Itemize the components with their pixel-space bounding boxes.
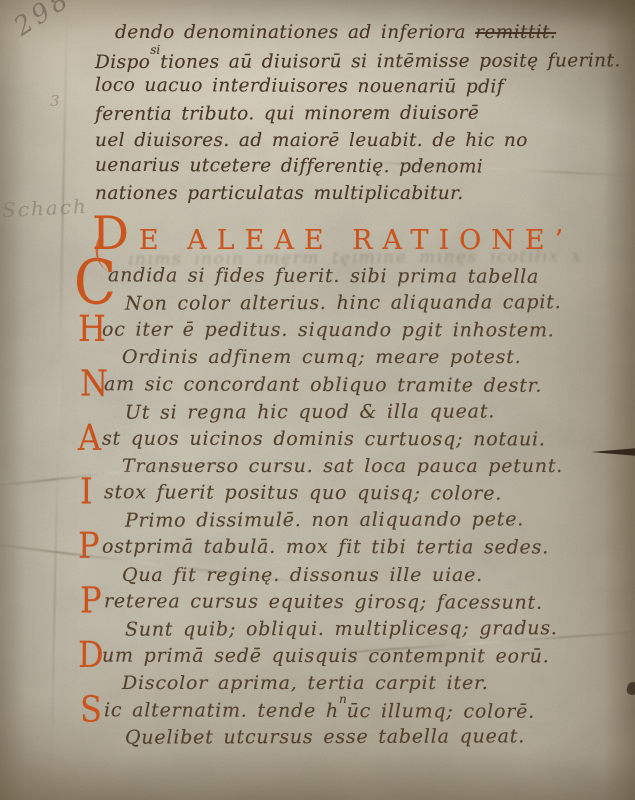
poem-line: Preterea cursus equites girosq; facessun…: [80, 590, 563, 619]
poem-line: Candida si fides fuerit. sibi prima tabe…: [80, 264, 563, 293]
poem-line: Nam sic concordant obliquo tramite destr…: [80, 373, 563, 402]
rubricated-initial: H: [78, 319, 102, 339]
poem-line: Hoc iter ē peditus. siquando pgit inhost…: [78, 319, 561, 347]
poem-line: Postprimā tabulā. mox fit tibi tertia se…: [78, 536, 561, 564]
rubricated-initial: P: [80, 590, 104, 610]
poem-block: Candida si fides fuerit. sibi prima tabe…: [80, 265, 563, 754]
prose-line: Dispositiones aū diuisorū si intēmisse p…: [95, 48, 635, 77]
parchment-crease-vertical: [50, 10, 68, 780]
poem-line-text: Discolor aprima, tertia carpit iter.: [80, 672, 489, 694]
rubricated-initial: A: [78, 427, 102, 447]
prose-line: uel diuisores. ad maiorē leuabit. de hic…: [95, 130, 635, 157]
parchment-nick: [625, 681, 635, 697]
poem-line-text: Quelibet utcursus esse tabella queat.: [83, 726, 525, 750]
poem-line-text: ostprimā tabulā. mox fit tibi tertia sed…: [102, 536, 549, 559]
rubricated-initial: S: [80, 700, 104, 720]
poem-line: Non color alterius. hinc aliquanda capit…: [83, 291, 566, 320]
poem-line-text: Transuerso cursu. sat loca pauca petunt.: [80, 455, 563, 477]
margin-pencil-note: Schach: [1, 194, 88, 222]
poem-line: Ut si regna hic quod & illa queat.: [83, 400, 566, 429]
prose-line: uenarius utcetere differentię. pdenomi: [95, 155, 635, 184]
quire-mark: 3: [50, 92, 60, 110]
parchment-tear: [591, 447, 635, 457]
prose-paragraph: dendo denominationes ad inferiora remitt…: [95, 22, 635, 210]
poem-line-text: am sic concordant obliquo tramite destr.: [104, 373, 542, 397]
poem-line-text: oc iter ē peditus. siquando pgit inhoste…: [102, 319, 555, 342]
poem-line-text: stox fuerit positus quo quisq; colore.: [104, 481, 502, 504]
poem-line-text: um primā sedē quisquis contempnit eorū.: [102, 645, 550, 668]
struck-word: remittit.: [475, 22, 556, 43]
poem-line: Istox fuerit positus quo quisq; colore.: [80, 481, 563, 510]
rubricated-initial: P: [78, 536, 102, 556]
poem-line: Dum primā sedē quisquis contempnit eorū.: [78, 645, 561, 673]
prose-line: dendo denominationes ad inferiora remitt…: [115, 22, 635, 49]
poem-line-text: st quos uicinos dominis curtuosq; notaui…: [102, 427, 546, 450]
poem-line-text: reterea cursus equites girosq; facessunt…: [104, 590, 543, 614]
poem-line-text: Primo dissimulē. non aliquando pete.: [83, 509, 524, 533]
poem-line: Qua fit reginę. dissonus ille uiae.: [80, 564, 563, 591]
prose-line: loco uacuo interdiuisores nouenariū pdif: [95, 75, 635, 104]
poem-line-text: Qua fit reginę. dissonus ille uiae.: [80, 564, 483, 586]
interlinear-insertion: n: [339, 692, 347, 706]
poem-line: Ast quos uicinos dominis curtuosq; notau…: [78, 427, 561, 455]
poem-line-text: Ut si regna hic quod & illa queat.: [83, 400, 495, 423]
interlinear-insertion: si: [150, 43, 160, 57]
manuscript-page: 298 3 Schach dendo denominationes ad inf…: [0, 0, 635, 800]
poem-line-text: andida si fides fuerit. sibi prima tabel…: [108, 264, 539, 288]
poem-line: Discolor aprima, tertia carpit iter.: [80, 672, 563, 699]
poem-line: Quelibet utcursus esse tabella queat.: [83, 726, 566, 755]
poem-line: Ordinis adfinem cumq; meare potest.: [80, 346, 563, 373]
rubricated-initial: D: [78, 644, 102, 664]
poem-line-text: Non color alterius. hinc aliquanda capit…: [83, 291, 562, 315]
prose-line: ferentia tributo. qui minorem diuisorē: [95, 102, 635, 131]
poem-line: Sic alternatim. tende hnūc illumq; color…: [80, 698, 563, 727]
poem-line-text: ic alternatim. tende hnūc illumq; colorē…: [104, 700, 535, 724]
poem-line-text: Sunt quib; obliqui. multiplicesq; gradus…: [83, 617, 558, 641]
poem-line: Sunt quib; obliqui. multiplicesq; gradus…: [83, 617, 566, 646]
rubricated-initial: I: [80, 481, 104, 501]
poem-line-text: Ordinis adfinem cumq; meare potest.: [80, 346, 522, 368]
poem-line: Transuerso cursu. sat loca pauca petunt.: [80, 455, 563, 482]
poem-line: Primo dissimulē. non aliquando pete.: [83, 508, 566, 537]
folio-number: 298: [9, 0, 77, 42]
rubricated-initial: N: [80, 373, 104, 393]
rubricated-initial: C: [74, 277, 108, 288]
